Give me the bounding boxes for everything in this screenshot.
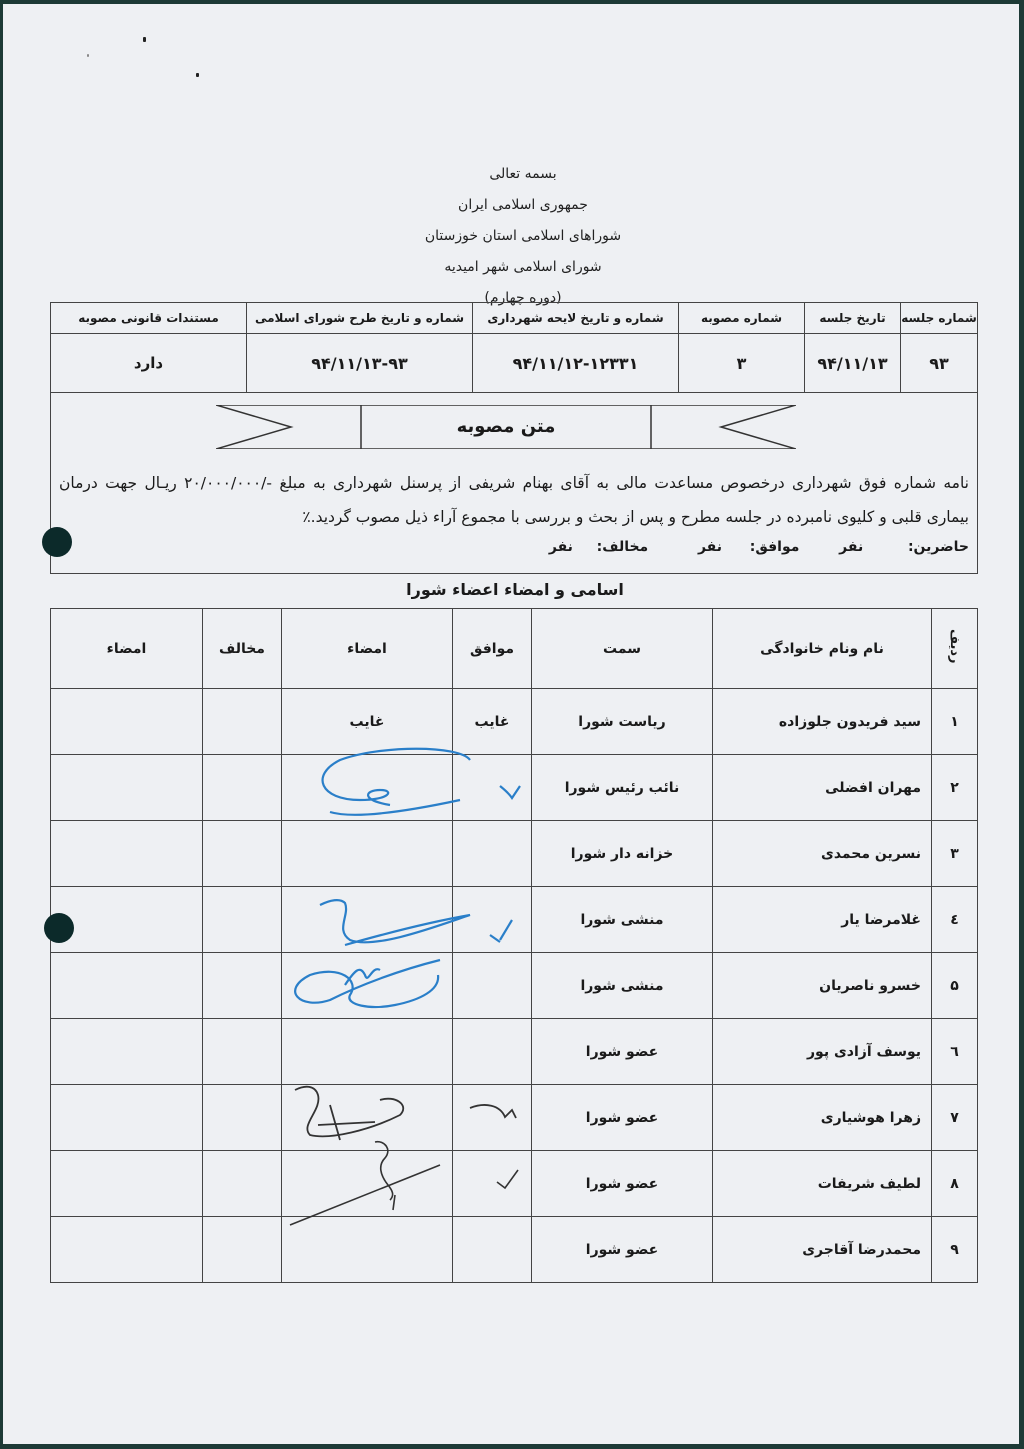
oppose-cell — [203, 1085, 282, 1151]
agree-cell — [453, 1151, 532, 1217]
member-position: ریاست شورا — [532, 689, 713, 755]
oppose-signature-cell — [51, 755, 203, 821]
header-session-number: شماره جلسه — [901, 303, 978, 334]
agree-cell — [453, 821, 532, 887]
session-date: ۹۴/۱۱/۱۳ — [805, 334, 901, 393]
member-position: نائب رئیس شورا — [532, 755, 713, 821]
agree-signature-cell — [282, 821, 453, 887]
member-name: غلامرضا یار — [713, 887, 932, 953]
oppose-cell — [203, 689, 282, 755]
present-label: حاضرین: — [908, 539, 969, 555]
member-name: زهرا هوشیاری — [713, 1085, 932, 1151]
oppose-signature-cell — [51, 953, 203, 1019]
resolution-body: نامه شماره فوق شهرداری درخصوص مساعدت مال… — [59, 466, 969, 534]
header-session-date: تاریخ جلسه — [805, 303, 901, 334]
members-header-row: ردیف نام ونام خانوادگی سمت موافق امضاء م… — [51, 609, 978, 689]
session-info-table: شماره جلسه تاریخ جلسه شماره مصوبه شماره … — [50, 302, 978, 393]
agree-signature-cell — [282, 1151, 453, 1217]
table-row: ۳ نسرین محمدی خزانه دار شورا — [51, 821, 978, 887]
member-name: محمدرضا آقاجری — [713, 1217, 932, 1283]
session-info-header-row: شماره جلسه تاریخ جلسه شماره مصوبه شماره … — [51, 303, 978, 334]
header-position: سمت — [532, 609, 713, 689]
agree-signature-cell — [282, 1019, 453, 1085]
member-name: لطیف شریفات — [713, 1151, 932, 1217]
agree-signature-cell — [282, 887, 453, 953]
row-number: ۲ — [932, 755, 978, 821]
header-legal-documents: مستندات قانونی مصوبه — [51, 303, 247, 334]
header-line-country: جمهوری اسلامی ایران — [383, 190, 663, 221]
table-row: ۵ خسرو ناصریان منشی شورا — [51, 953, 978, 1019]
table-row: ۹ محمدرضا آقاجری عضو شورا — [51, 1217, 978, 1283]
table-row: ٤ غلامرضا یار منشی شورا — [51, 887, 978, 953]
agree-cell — [453, 1085, 532, 1151]
present-unit: نفر — [839, 539, 863, 555]
agree-label: موافق: — [750, 539, 800, 555]
member-position: عضو شورا — [532, 1085, 713, 1151]
scan-speck — [196, 73, 199, 77]
oppose-cell — [203, 1151, 282, 1217]
table-row: ۸ لطیف شریفات عضو شورا — [51, 1151, 978, 1217]
agree-cell — [453, 887, 532, 953]
header-agree-signature: امضاء — [282, 609, 453, 689]
oppose-cell — [203, 887, 282, 953]
header-row-number: ردیف — [932, 609, 978, 689]
row-number: ۱ — [932, 689, 978, 755]
agree-cell — [453, 1217, 532, 1283]
agree-signature-cell — [282, 1085, 453, 1151]
member-position: عضو شورا — [532, 1151, 713, 1217]
scan-speck — [143, 37, 146, 42]
table-row: ۱ سید فریدون جلوزاده ریاست شورا غایب غای… — [51, 689, 978, 755]
agree-signature-cell — [282, 755, 453, 821]
agree-cell: غایب — [453, 689, 532, 755]
oppose-label: مخالف: — [597, 539, 649, 555]
header-oppose-signature: امضاء — [51, 609, 203, 689]
oppose-cell — [203, 953, 282, 1019]
members-section-title: اسامی و امضاء اعضاء شورا — [340, 580, 690, 599]
row-number: ٤ — [932, 887, 978, 953]
header-full-name: نام ونام خانوادگی — [713, 609, 932, 689]
punch-hole-icon — [44, 913, 74, 943]
agree-cell — [453, 953, 532, 1019]
session-number: ۹۳ — [901, 334, 978, 393]
header-line-city-council: شورای اسلامی شهر امیدیه — [383, 252, 663, 283]
member-position: عضو شورا — [532, 1019, 713, 1085]
header-resolution-number: شماره مصوبه — [679, 303, 805, 334]
member-name: خسرو ناصریان — [713, 953, 932, 1019]
header-line-basmala: بسمه تعالی — [383, 159, 663, 190]
oppose-cell — [203, 821, 282, 887]
member-name: نسرین محمدی — [713, 821, 932, 887]
table-row: ۷ زهرا هوشیاری عضو شورا — [51, 1085, 978, 1151]
table-row: ۲ مهران افضلی نائب رئیس شورا — [51, 755, 978, 821]
scan-speck — [87, 54, 89, 57]
oppose-signature-cell — [51, 821, 203, 887]
row-number: ۵ — [932, 953, 978, 1019]
municipality-bill: ۹۴/۱۱/۱۲-۱۲۳۳۱ — [473, 334, 679, 393]
resolution-number: ۳ — [679, 334, 805, 393]
member-position: منشی شورا — [532, 887, 713, 953]
row-number: ۸ — [932, 1151, 978, 1217]
agree-signature-cell — [282, 953, 453, 1019]
vote-counts: حاضرین: نفر موافق: نفر مخالف: نفر — [549, 539, 969, 555]
row-number: ۷ — [932, 1085, 978, 1151]
members-table: ردیف نام ونام خانوادگی سمت موافق امضاء م… — [50, 608, 978, 1283]
punch-hole-icon — [42, 527, 72, 557]
member-name: مهران افضلی — [713, 755, 932, 821]
oppose-signature-cell — [51, 689, 203, 755]
header-agree: موافق — [453, 609, 532, 689]
oppose-signature-cell — [51, 887, 203, 953]
header-line-province-councils: شوراهای اسلامی استان خوزستان — [383, 221, 663, 252]
oppose-cell — [203, 1019, 282, 1085]
oppose-unit: نفر — [549, 539, 573, 555]
row-number: ٦ — [932, 1019, 978, 1085]
member-position: خزانه دار شورا — [532, 821, 713, 887]
legal-documents: دارد — [51, 334, 247, 393]
agree-cell — [453, 1019, 532, 1085]
oppose-signature-cell — [51, 1217, 203, 1283]
oppose-signature-cell — [51, 1085, 203, 1151]
row-number: ۹ — [932, 1217, 978, 1283]
member-name: سید فریدون جلوزاده — [713, 689, 932, 755]
table-row: ٦ یوسف آزادی پور عضو شورا — [51, 1019, 978, 1085]
agree-cell — [453, 755, 532, 821]
oppose-cell — [203, 755, 282, 821]
header-council-plan: شماره و تاریخ طرح شورای اسلامی — [247, 303, 473, 334]
document-header: بسمه تعالی جمهوری اسلامی ایران شوراهای ا… — [383, 159, 663, 314]
header-municipality-bill: شماره و تاریخ لایحه شهرداری — [473, 303, 679, 334]
session-info-value-row: ۹۳ ۹۴/۱۱/۱۳ ۳ ۹۴/۱۱/۱۲-۱۲۳۳۱ ۹۴/۱۱/۱۳-۹۳… — [51, 334, 978, 393]
council-plan: ۹۴/۱۱/۱۳-۹۳ — [247, 334, 473, 393]
member-position: عضو شورا — [532, 1217, 713, 1283]
member-name: یوسف آزادی پور — [713, 1019, 932, 1085]
resolution-text-box: متن مصوبه نامه شماره فوق شهرداری درخصوص … — [50, 391, 978, 574]
oppose-signature-cell — [51, 1151, 203, 1217]
oppose-signature-cell — [51, 1019, 203, 1085]
row-number: ۳ — [932, 821, 978, 887]
header-oppose: مخالف — [203, 609, 282, 689]
agree-signature-cell: غایب — [282, 689, 453, 755]
member-position: منشی شورا — [532, 953, 713, 1019]
agree-unit: نفر — [698, 539, 722, 555]
oppose-cell — [203, 1217, 282, 1283]
resolution-banner-title: متن مصوبه — [361, 405, 651, 449]
agree-signature-cell — [282, 1217, 453, 1283]
